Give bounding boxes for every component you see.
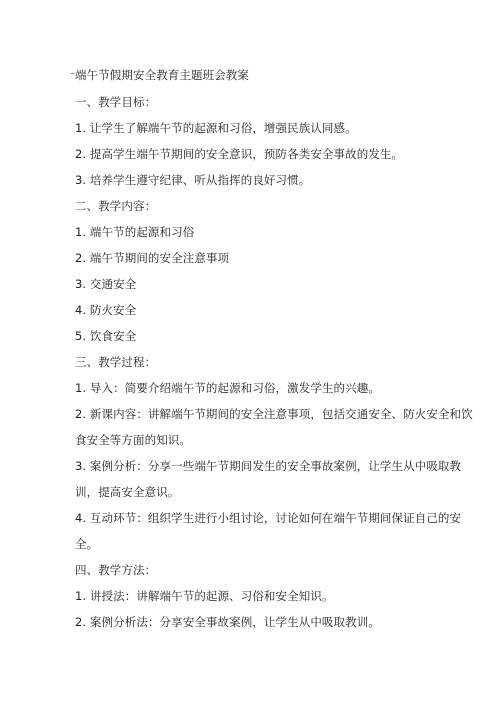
content-item-4: 4. 防火安全: [75, 303, 136, 317]
goal-item-1: 1. 让学生了解端午节的起源和习俗，增强民族认同感。: [75, 121, 357, 135]
document-title: 端午节假期安全教育主题班会教案: [75, 68, 249, 82]
goal-item-3: 3. 培养学生遵守纪律、听从指挥的良好习惯。: [75, 173, 310, 187]
section-heading-content: 二、教学内容：: [75, 199, 156, 213]
method-item-2: 2. 案例分析法：分享安全事故案例，让学生从中吸取教训。: [75, 615, 380, 629]
process-item-4-continued: 全。: [75, 537, 98, 551]
process-item-1: 1. 导入：简要介绍端午节的起源和习俗，激发学生的兴趣。: [75, 381, 380, 395]
process-item-2: 2. 新课内容：讲解端午节期间的安全注意事项，包括交通安全、防火安全和饮: [75, 407, 473, 421]
document-page: 端午节假期安全教育主题班会教案 一、教学目标： 1. 让学生了解端午节的起源和习…: [0, 0, 500, 707]
content-item-3: 3. 交通安全: [75, 277, 136, 291]
method-item-1: 1. 讲授法：讲解端午节的起源、习俗和安全知识。: [75, 589, 334, 603]
process-item-4: 4. 互动环节：组织学生进行小组讨论，讨论如何在端午节期间保证自己的安: [75, 511, 461, 525]
section-heading-methods: 四、教学方法：: [75, 563, 156, 577]
content-item-1: 1. 端午节的起源和习俗: [75, 225, 194, 239]
process-item-3: 3. 案例分析：分享一些端午节期间发生的安全事故案例，让学生从中吸取教: [75, 459, 461, 473]
content-item-5: 5. 饮食安全: [75, 329, 136, 343]
section-heading-process: 三、教学过程：: [75, 355, 156, 369]
process-item-2-continued: 食安全等方面的知识。: [75, 433, 191, 447]
process-item-3-continued: 训，提高安全意识。: [75, 485, 179, 499]
section-heading-goals: 一、教学目标：: [75, 95, 156, 109]
goal-item-2: 2. 提高学生端午节期间的安全意识，预防各类安全事故的发生。: [75, 147, 403, 161]
title-leading-mark: [70, 73, 74, 74]
content-item-2: 2. 端午节期间的安全注意事项: [75, 251, 229, 265]
